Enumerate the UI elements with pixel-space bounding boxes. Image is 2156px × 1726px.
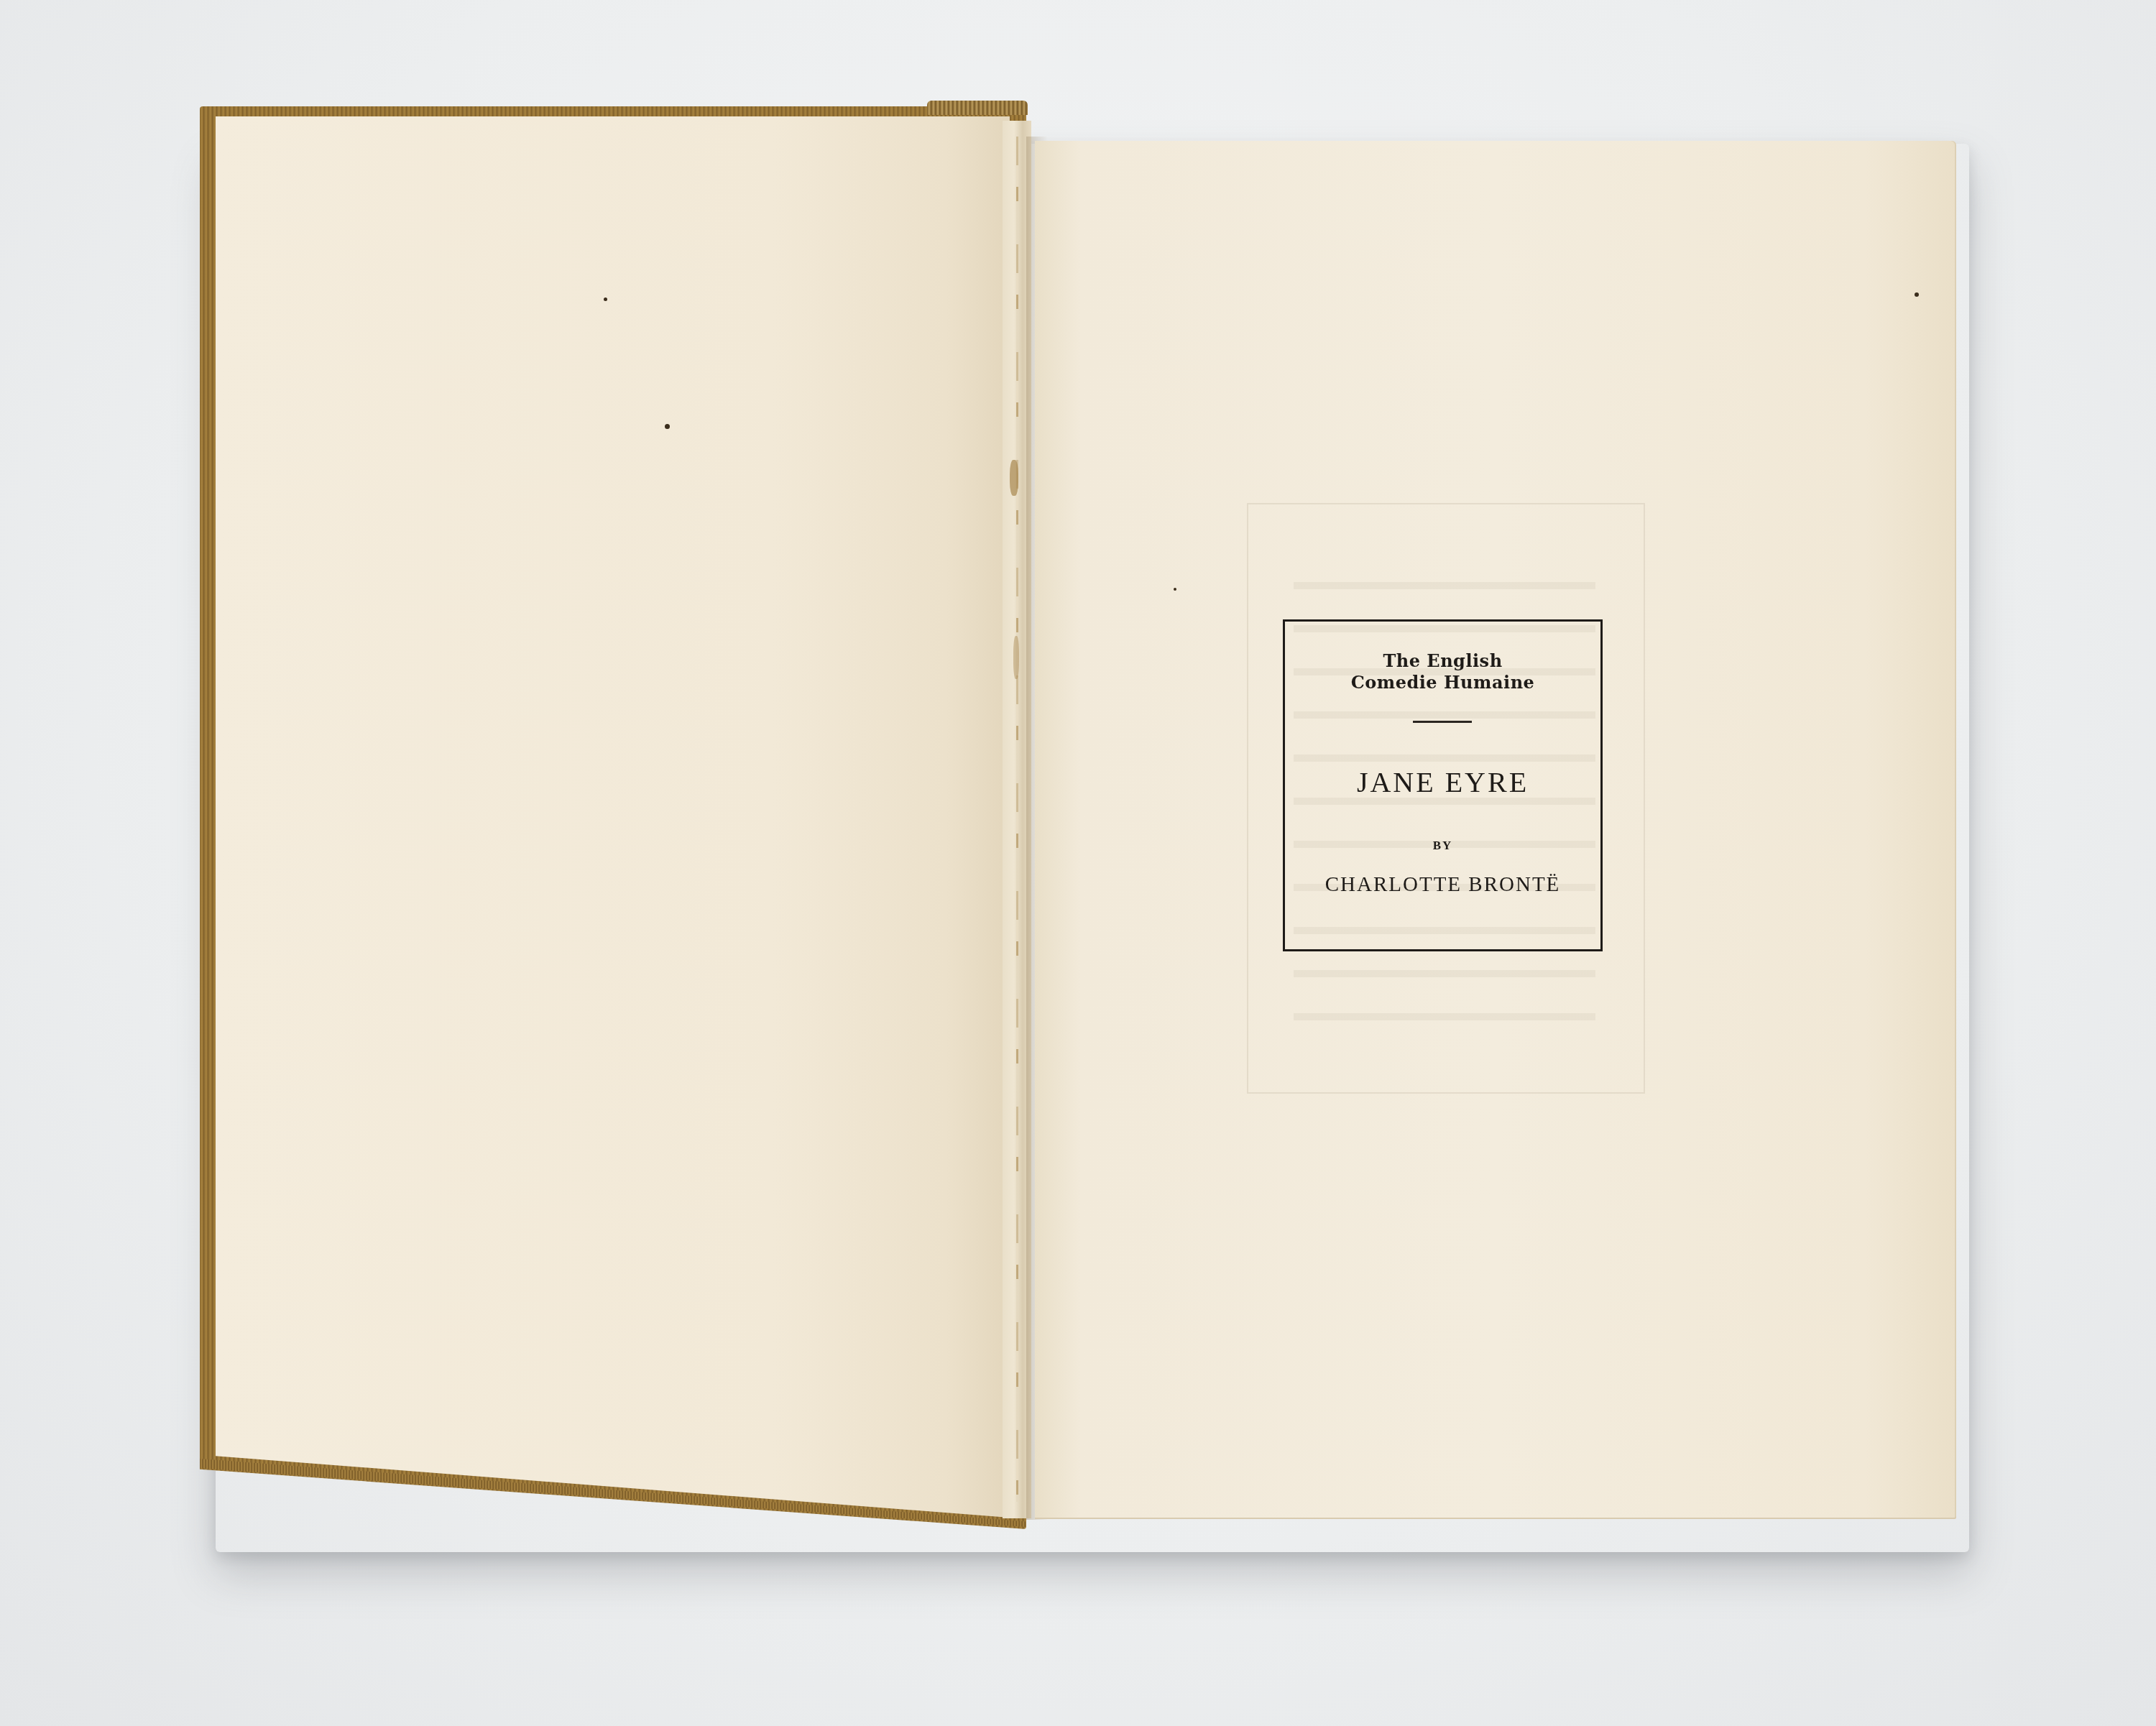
series-name: The English Comedie Humaine — [1285, 650, 1600, 693]
foxing-speck — [604, 297, 607, 301]
by-line: BY — [1285, 839, 1600, 853]
series-line-1: The English — [1285, 650, 1600, 672]
left-endpaper — [216, 116, 1010, 1518]
deckle-tear-line — [1016, 137, 1018, 1502]
title-rule-divider — [1413, 721, 1472, 723]
foxing-stain — [1013, 636, 1019, 679]
spine-headcap — [927, 101, 1028, 115]
foxing-stain — [1010, 460, 1018, 496]
foxing-speck — [1174, 588, 1176, 591]
foxing-speck — [1915, 292, 1919, 297]
foxing-speck — [665, 424, 670, 429]
title-frame: The English Comedie Humaine JANE EYRE BY… — [1283, 619, 1603, 951]
author-name: CHARLOTTE BRONTË — [1285, 873, 1600, 897]
series-line-2: Comedie Humaine — [1285, 672, 1600, 693]
book-title: JANE EYRE — [1285, 765, 1600, 799]
